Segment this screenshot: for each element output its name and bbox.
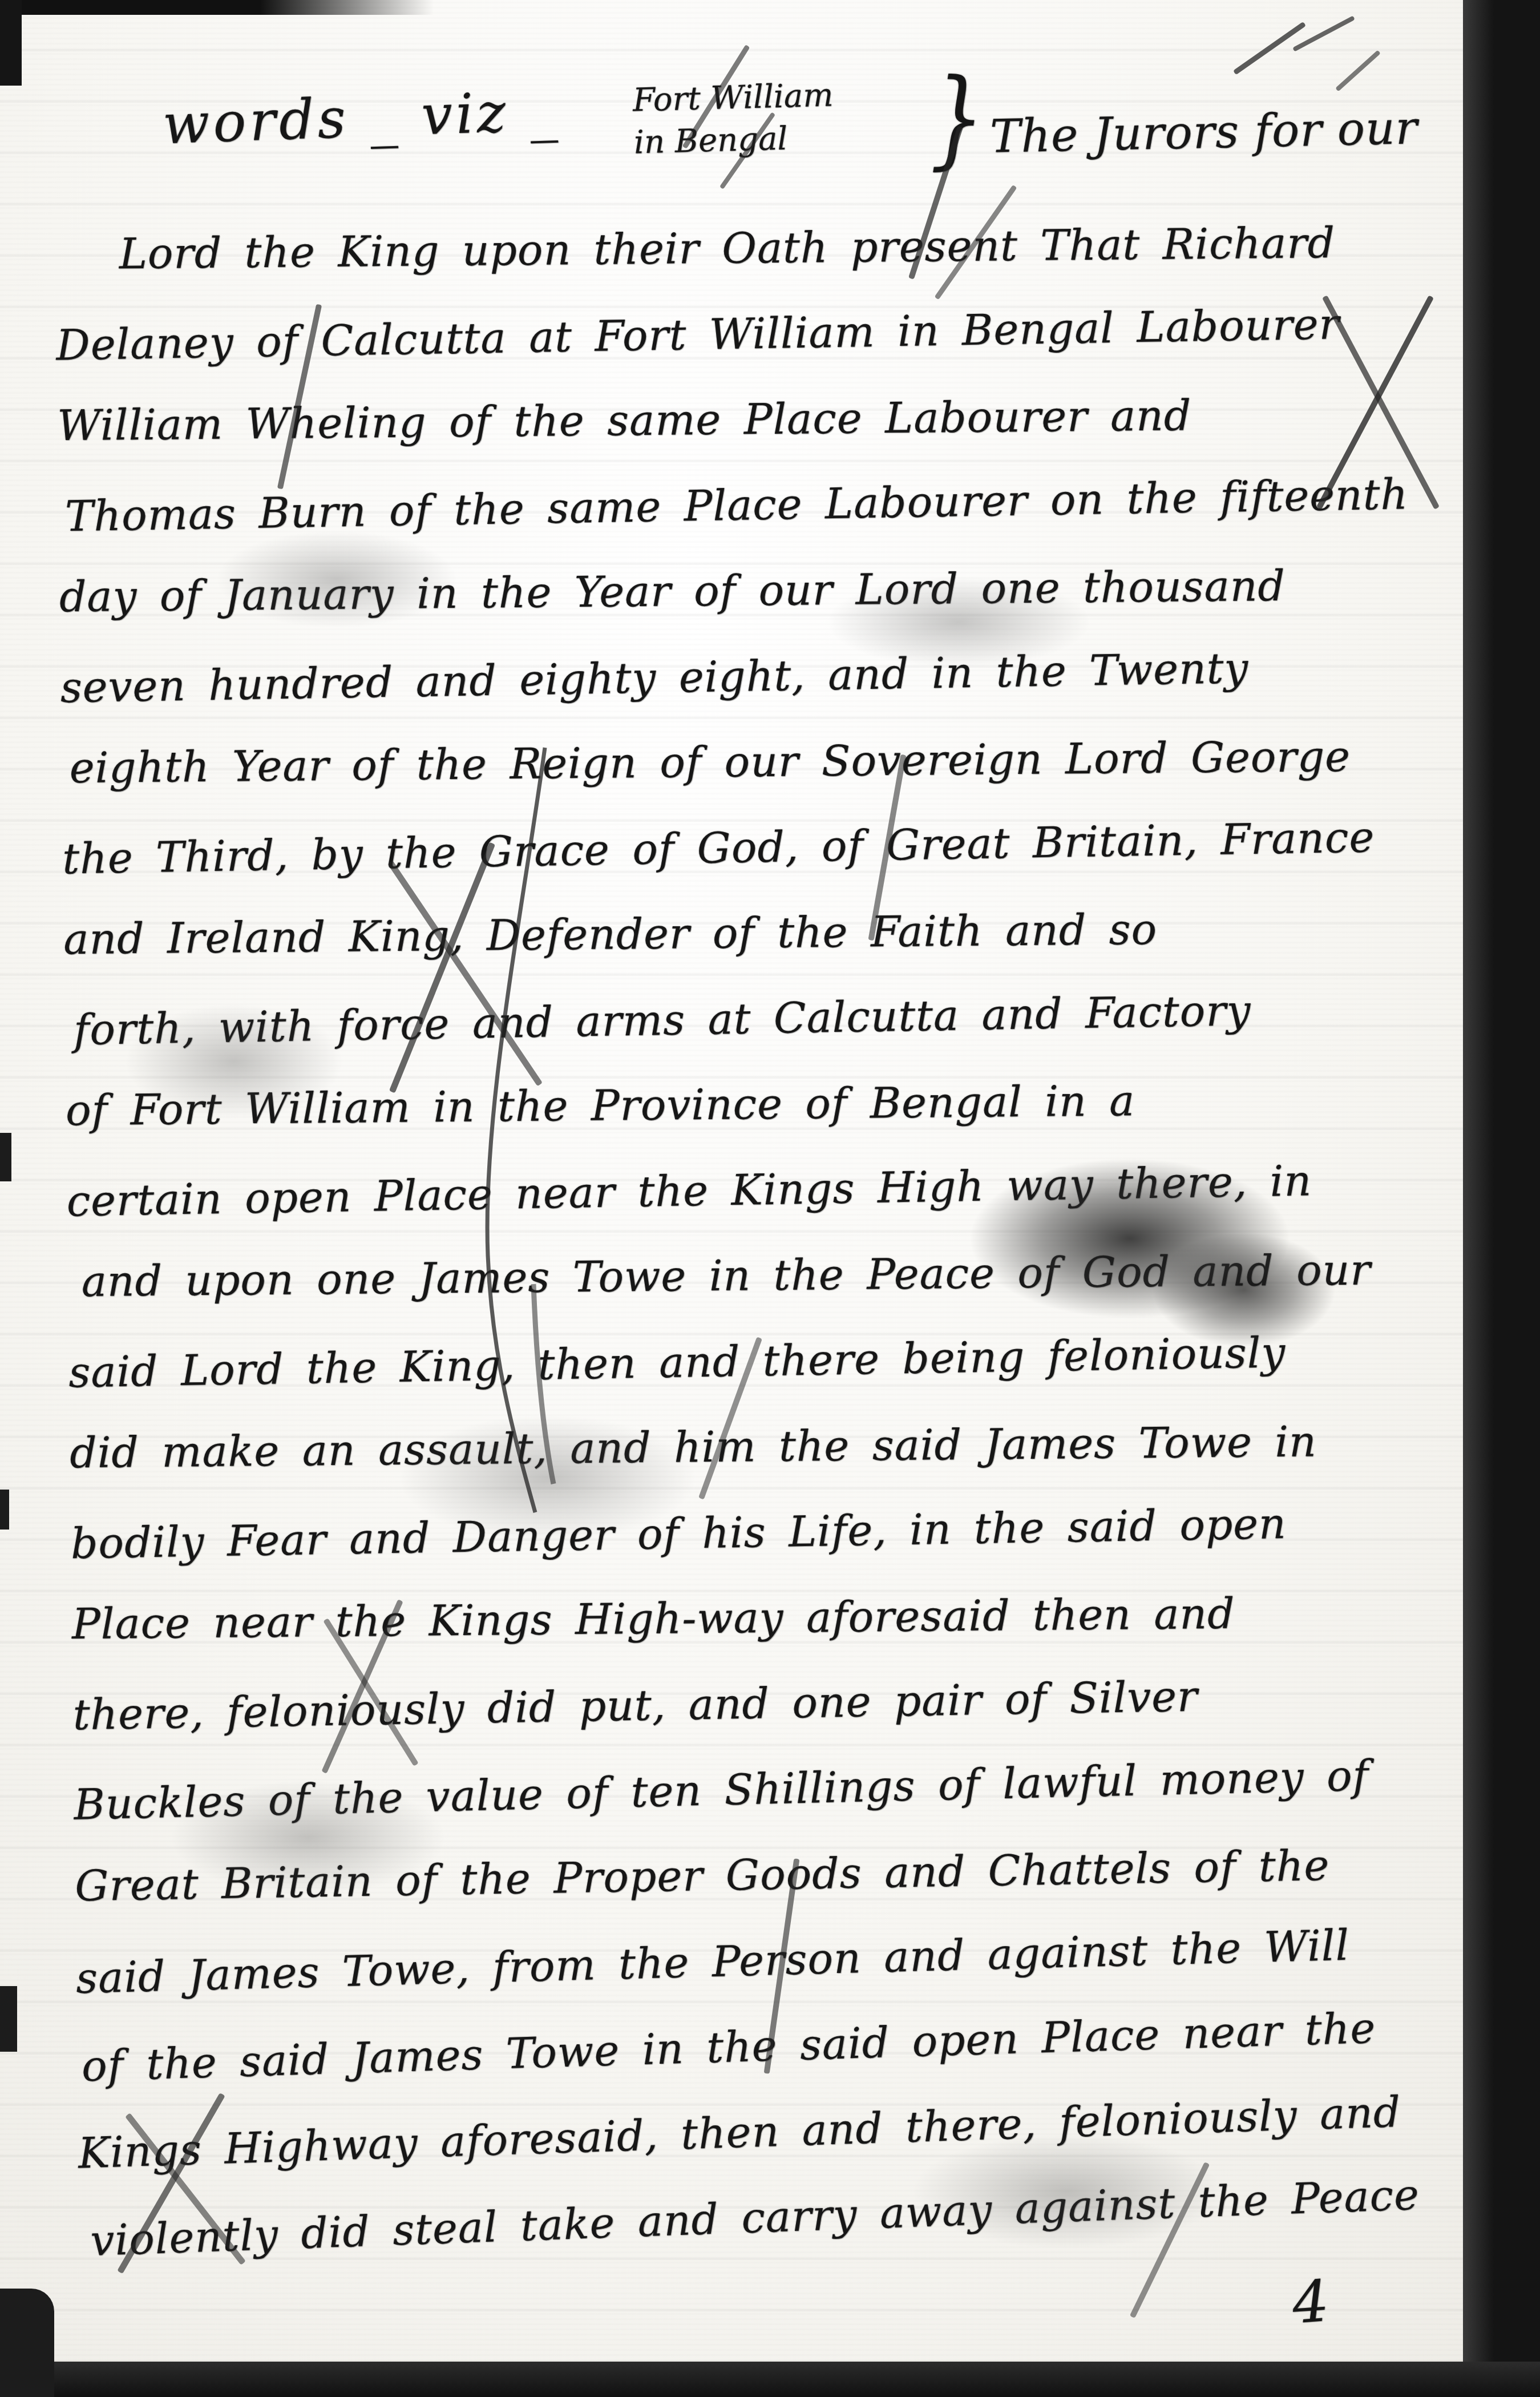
film-edge-mark [0, 2289, 54, 2397]
manuscript-body: Lord the King upon their Oath present Th… [55, 215, 1484, 2287]
film-edge-mark [0, 1986, 17, 2052]
film-edge-mark [0, 1133, 11, 1181]
opening-text: The Jurors for our [989, 101, 1418, 163]
film-edge-corner [0, 0, 22, 86]
film-edge-top [0, 0, 434, 15]
film-edge-mark [0, 1490, 9, 1530]
venue-heading: Fort William in Bengal [632, 74, 835, 164]
scanned-manuscript-page: { "page": { "margin_note": "words _ viz … [0, 0, 1540, 2397]
film-edge-bottom [0, 2362, 1540, 2397]
venue-line-1: Fort William [632, 74, 834, 122]
venue-brace: } [930, 56, 984, 180]
catchword: 4 [1290, 2267, 1331, 2337]
venue-line-2: in Bengal [633, 116, 835, 164]
